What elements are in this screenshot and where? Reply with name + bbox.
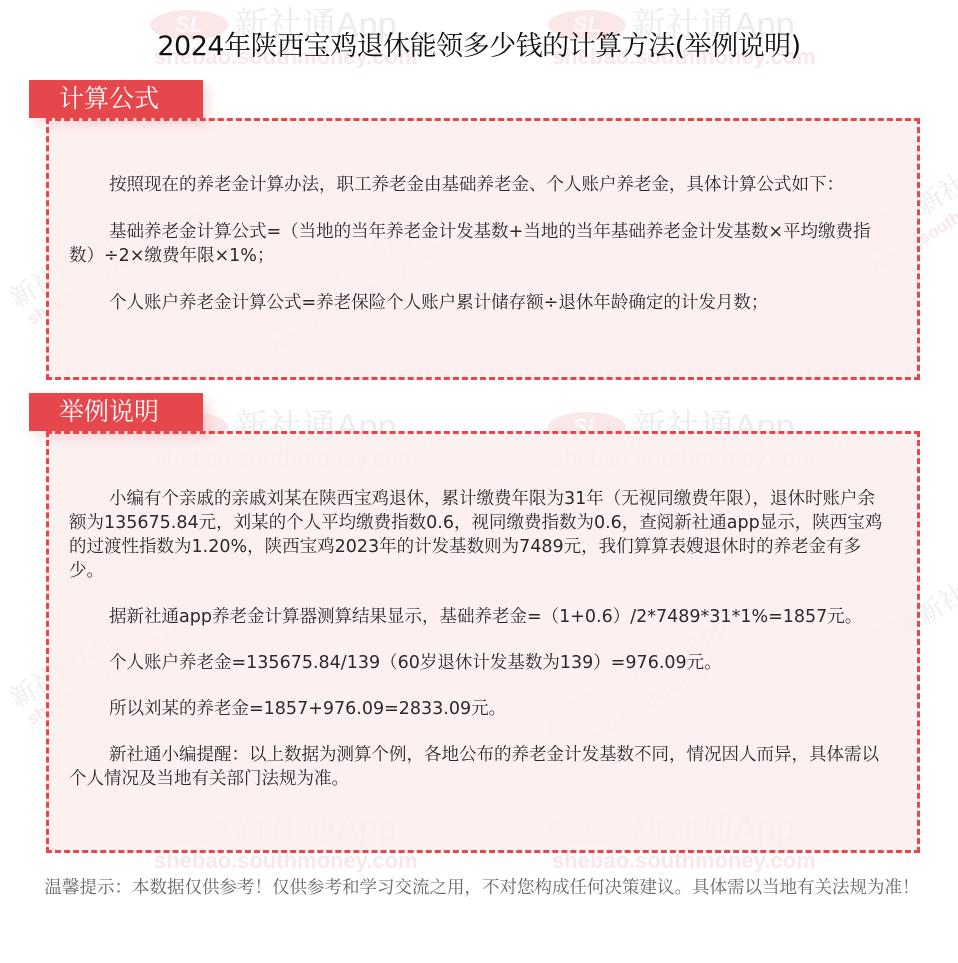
- paragraph: 据新社通app养老金计算器测算结果显示，基础养老金=（1+0.6）/2*7489…: [69, 605, 889, 629]
- formula-section: 按照现在的养老金计算办法，职工养老金由基础养老金、个人账户养老金，具体计算公式如…: [46, 118, 920, 380]
- paragraph: 基础养老金计算公式=（当地的当年养老金计发基数+当地的当年基础养老金计发基数×平…: [69, 220, 889, 268]
- page-title: 2024年陕西宝鸡退休能领多少钱的计算方法(举例说明): [0, 24, 958, 63]
- paragraph: 新社通小编提醒：以上数据为测算个例，各地公布的养老金计发基数不同，情况因人而异，…: [69, 743, 889, 791]
- paragraph: 按照现在的养老金计算办法，职工养老金由基础养老金、个人账户养老金，具体计算公式如…: [69, 173, 889, 197]
- paragraph: 小编有个亲戚的亲戚刘某在陕西宝鸡退休，累计缴费年限为31年（无视同缴费年限），退…: [69, 487, 889, 583]
- disclaimer-note: 温馨提示：本数据仅供参考！仅供参考和学习交流之用，不对您构成任何决策建议。具体需…: [20, 876, 944, 900]
- example-section: 小编有个亲戚的亲戚刘某在陕西宝鸡退休，累计缴费年限为31年（无视同缴费年限），退…: [46, 431, 920, 853]
- section-tag-example: 举例说明: [29, 393, 203, 431]
- paragraph: 个人账户养老金计算公式=养老保险个人账户累计储存额÷退休年龄确定的计发月数；: [69, 291, 889, 315]
- paragraph: 所以刘某的养老金=1857+976.09=2833.09元。: [69, 697, 889, 721]
- section-tag-formula: 计算公式: [29, 80, 203, 118]
- paragraph: 个人账户养老金=135675.84/139（60岁退休计发基数为139）=976…: [69, 651, 889, 675]
